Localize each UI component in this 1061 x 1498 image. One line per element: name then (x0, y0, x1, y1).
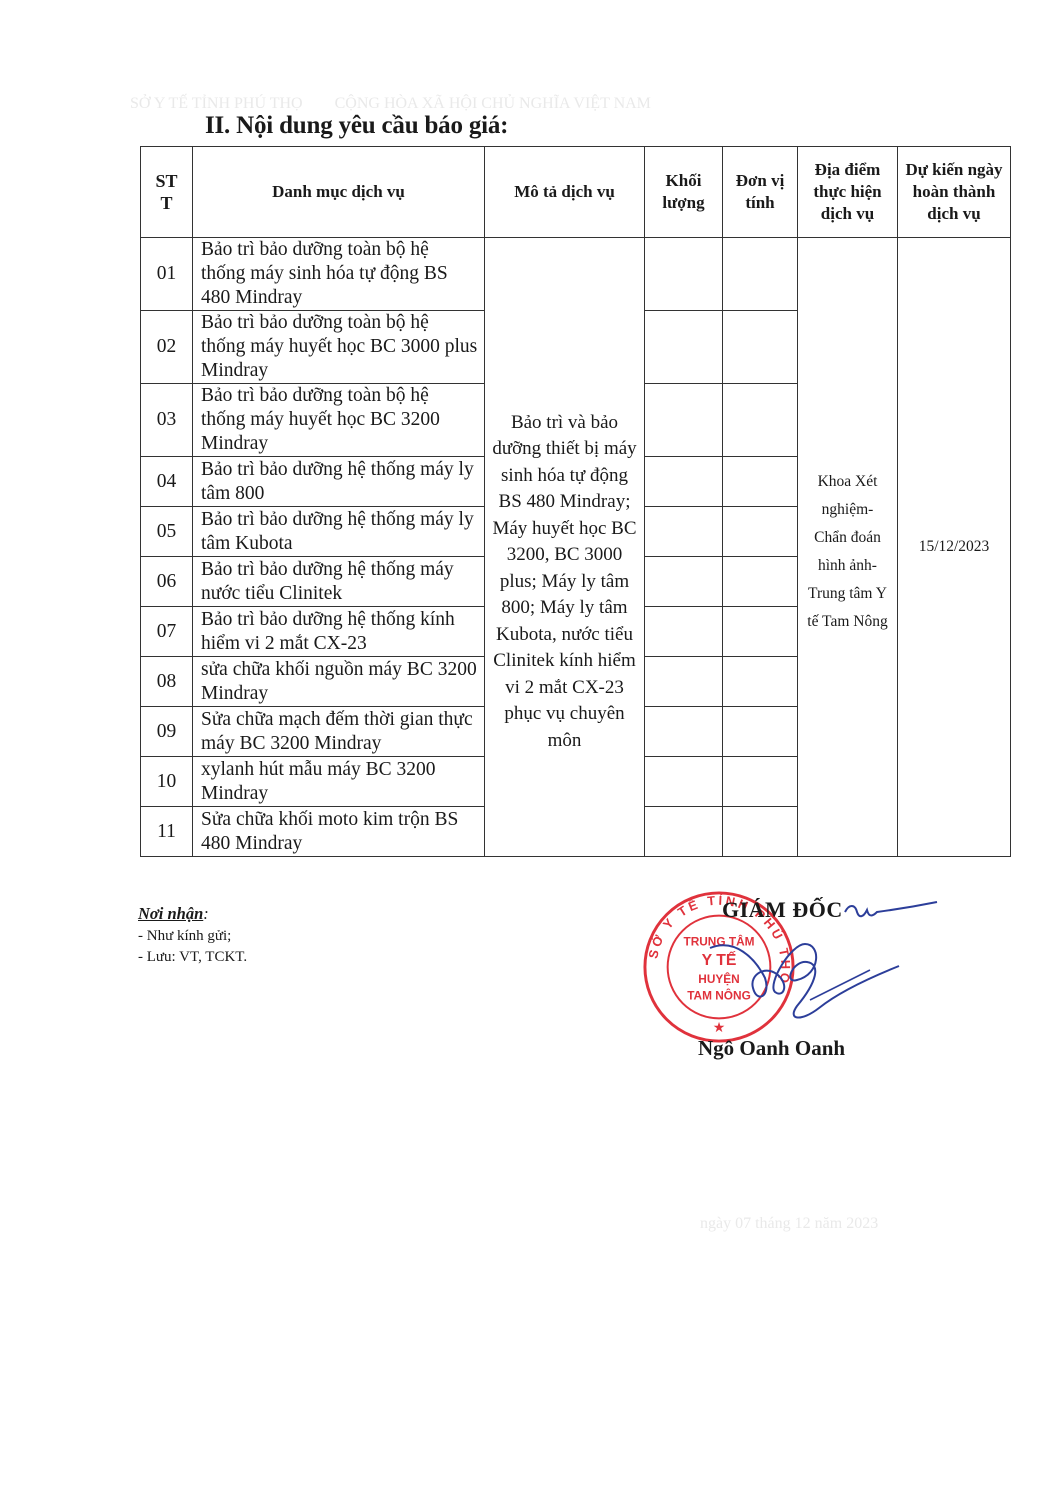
row-stt: 02 (141, 311, 193, 384)
header-quantity: Khối lượng (645, 147, 723, 238)
row-unit (723, 384, 798, 457)
row-stt: 09 (141, 707, 193, 757)
row-quantity (645, 707, 723, 757)
row-service: Bảo trì bảo dưỡng hệ thống kính hiểm vi … (193, 607, 485, 657)
row-quantity (645, 384, 723, 457)
row-quantity (645, 557, 723, 607)
header-stt: ST T (141, 147, 193, 238)
row-stt: 07 (141, 607, 193, 657)
row-service: Bảo trì bảo dưỡng toàn bộ hệ thống máy h… (193, 384, 485, 457)
merged-expected-date: 15/12/2023 (898, 238, 1011, 857)
row-service: Bảo trì bảo dưỡng hệ thống máy ly tâm Ku… (193, 507, 485, 557)
row-quantity (645, 457, 723, 507)
row-quantity (645, 507, 723, 557)
row-service: Bảo trì bảo dưỡng toàn bộ hệ thống máy h… (193, 311, 485, 384)
row-unit (723, 657, 798, 707)
row-stt: 08 (141, 657, 193, 707)
recipients-title: Nơi nhận: (138, 903, 247, 926)
row-quantity (645, 657, 723, 707)
row-stt: 01 (141, 238, 193, 311)
row-service: Bảo trì bảo dưỡng hệ thống máy ly tâm 80… (193, 457, 485, 507)
row-unit (723, 311, 798, 384)
quote-request-table: ST T Danh mục dịch vụ Mô tả dịch vụ Khối… (140, 146, 1011, 857)
row-stt: 05 (141, 507, 193, 557)
header-service-name: Danh mục dịch vụ (193, 147, 485, 238)
row-service: Bảo trì bảo dưỡng toàn bộ hệ thống máy s… (193, 238, 485, 311)
handwritten-signature-icon (700, 888, 940, 1028)
recipient-item: - Lưu: VT, TCKT. (138, 947, 247, 968)
row-stt: 11 (141, 807, 193, 857)
row-unit (723, 757, 798, 807)
row-quantity (645, 807, 723, 857)
bleed-through-text: SỞ Y TẾ TỈNH PHÚ THỌ CỘNG HÒA XÃ HỘI CHỦ… (130, 95, 651, 113)
row-quantity (645, 238, 723, 311)
row-service: sửa chữa khối nguồn máy BC 3200 Mindray (193, 657, 485, 707)
row-unit (723, 557, 798, 607)
row-unit (723, 607, 798, 657)
row-stt: 03 (141, 384, 193, 457)
row-service: Sửa chữa mạch đếm thời gian thực máy BC … (193, 707, 485, 757)
bleed-through-text: ngày 07 tháng 12 năm 2023 (700, 1215, 878, 1233)
table-row: 01 Bảo trì bảo dưỡng toàn bộ hệ thống má… (141, 238, 1011, 311)
header-description: Mô tả dịch vụ (485, 147, 645, 238)
header-location: Địa điểm thực hiện dịch vụ (798, 147, 898, 238)
header-expected-date: Dự kiến ngày hoàn thành dịch vụ (898, 147, 1011, 238)
row-unit (723, 707, 798, 757)
row-unit (723, 507, 798, 557)
row-service: Sửa chữa khối moto kim trộn BS 480 Mindr… (193, 807, 485, 857)
recipients-block: Nơi nhận: - Như kính gửi; - Lưu: VT, TCK… (138, 903, 247, 968)
row-quantity (645, 311, 723, 384)
signer-name: Ngô Oanh Oanh (698, 1036, 845, 1061)
row-quantity (645, 607, 723, 657)
row-quantity (645, 757, 723, 807)
row-unit (723, 238, 798, 311)
row-service: Bảo trì bảo dưỡng hệ thống máy nước tiểu… (193, 557, 485, 607)
section-title: II. Nội dung yêu cầu báo giá: (205, 112, 508, 140)
row-stt: 10 (141, 757, 193, 807)
merged-description: Bảo trì và bảo dưỡng thiết bị máy sinh h… (485, 238, 645, 857)
row-service: xylanh hút mẫu máy BC 3200 Mindray (193, 757, 485, 807)
merged-location: Khoa Xét nghiệm- Chẩn đoán hình ảnh- Tru… (798, 238, 898, 857)
header-unit: Đơn vị tính (723, 147, 798, 238)
row-stt: 06 (141, 557, 193, 607)
row-unit (723, 807, 798, 857)
row-unit (723, 457, 798, 507)
row-stt: 04 (141, 457, 193, 507)
recipient-item: - Như kính gửi; (138, 926, 247, 947)
